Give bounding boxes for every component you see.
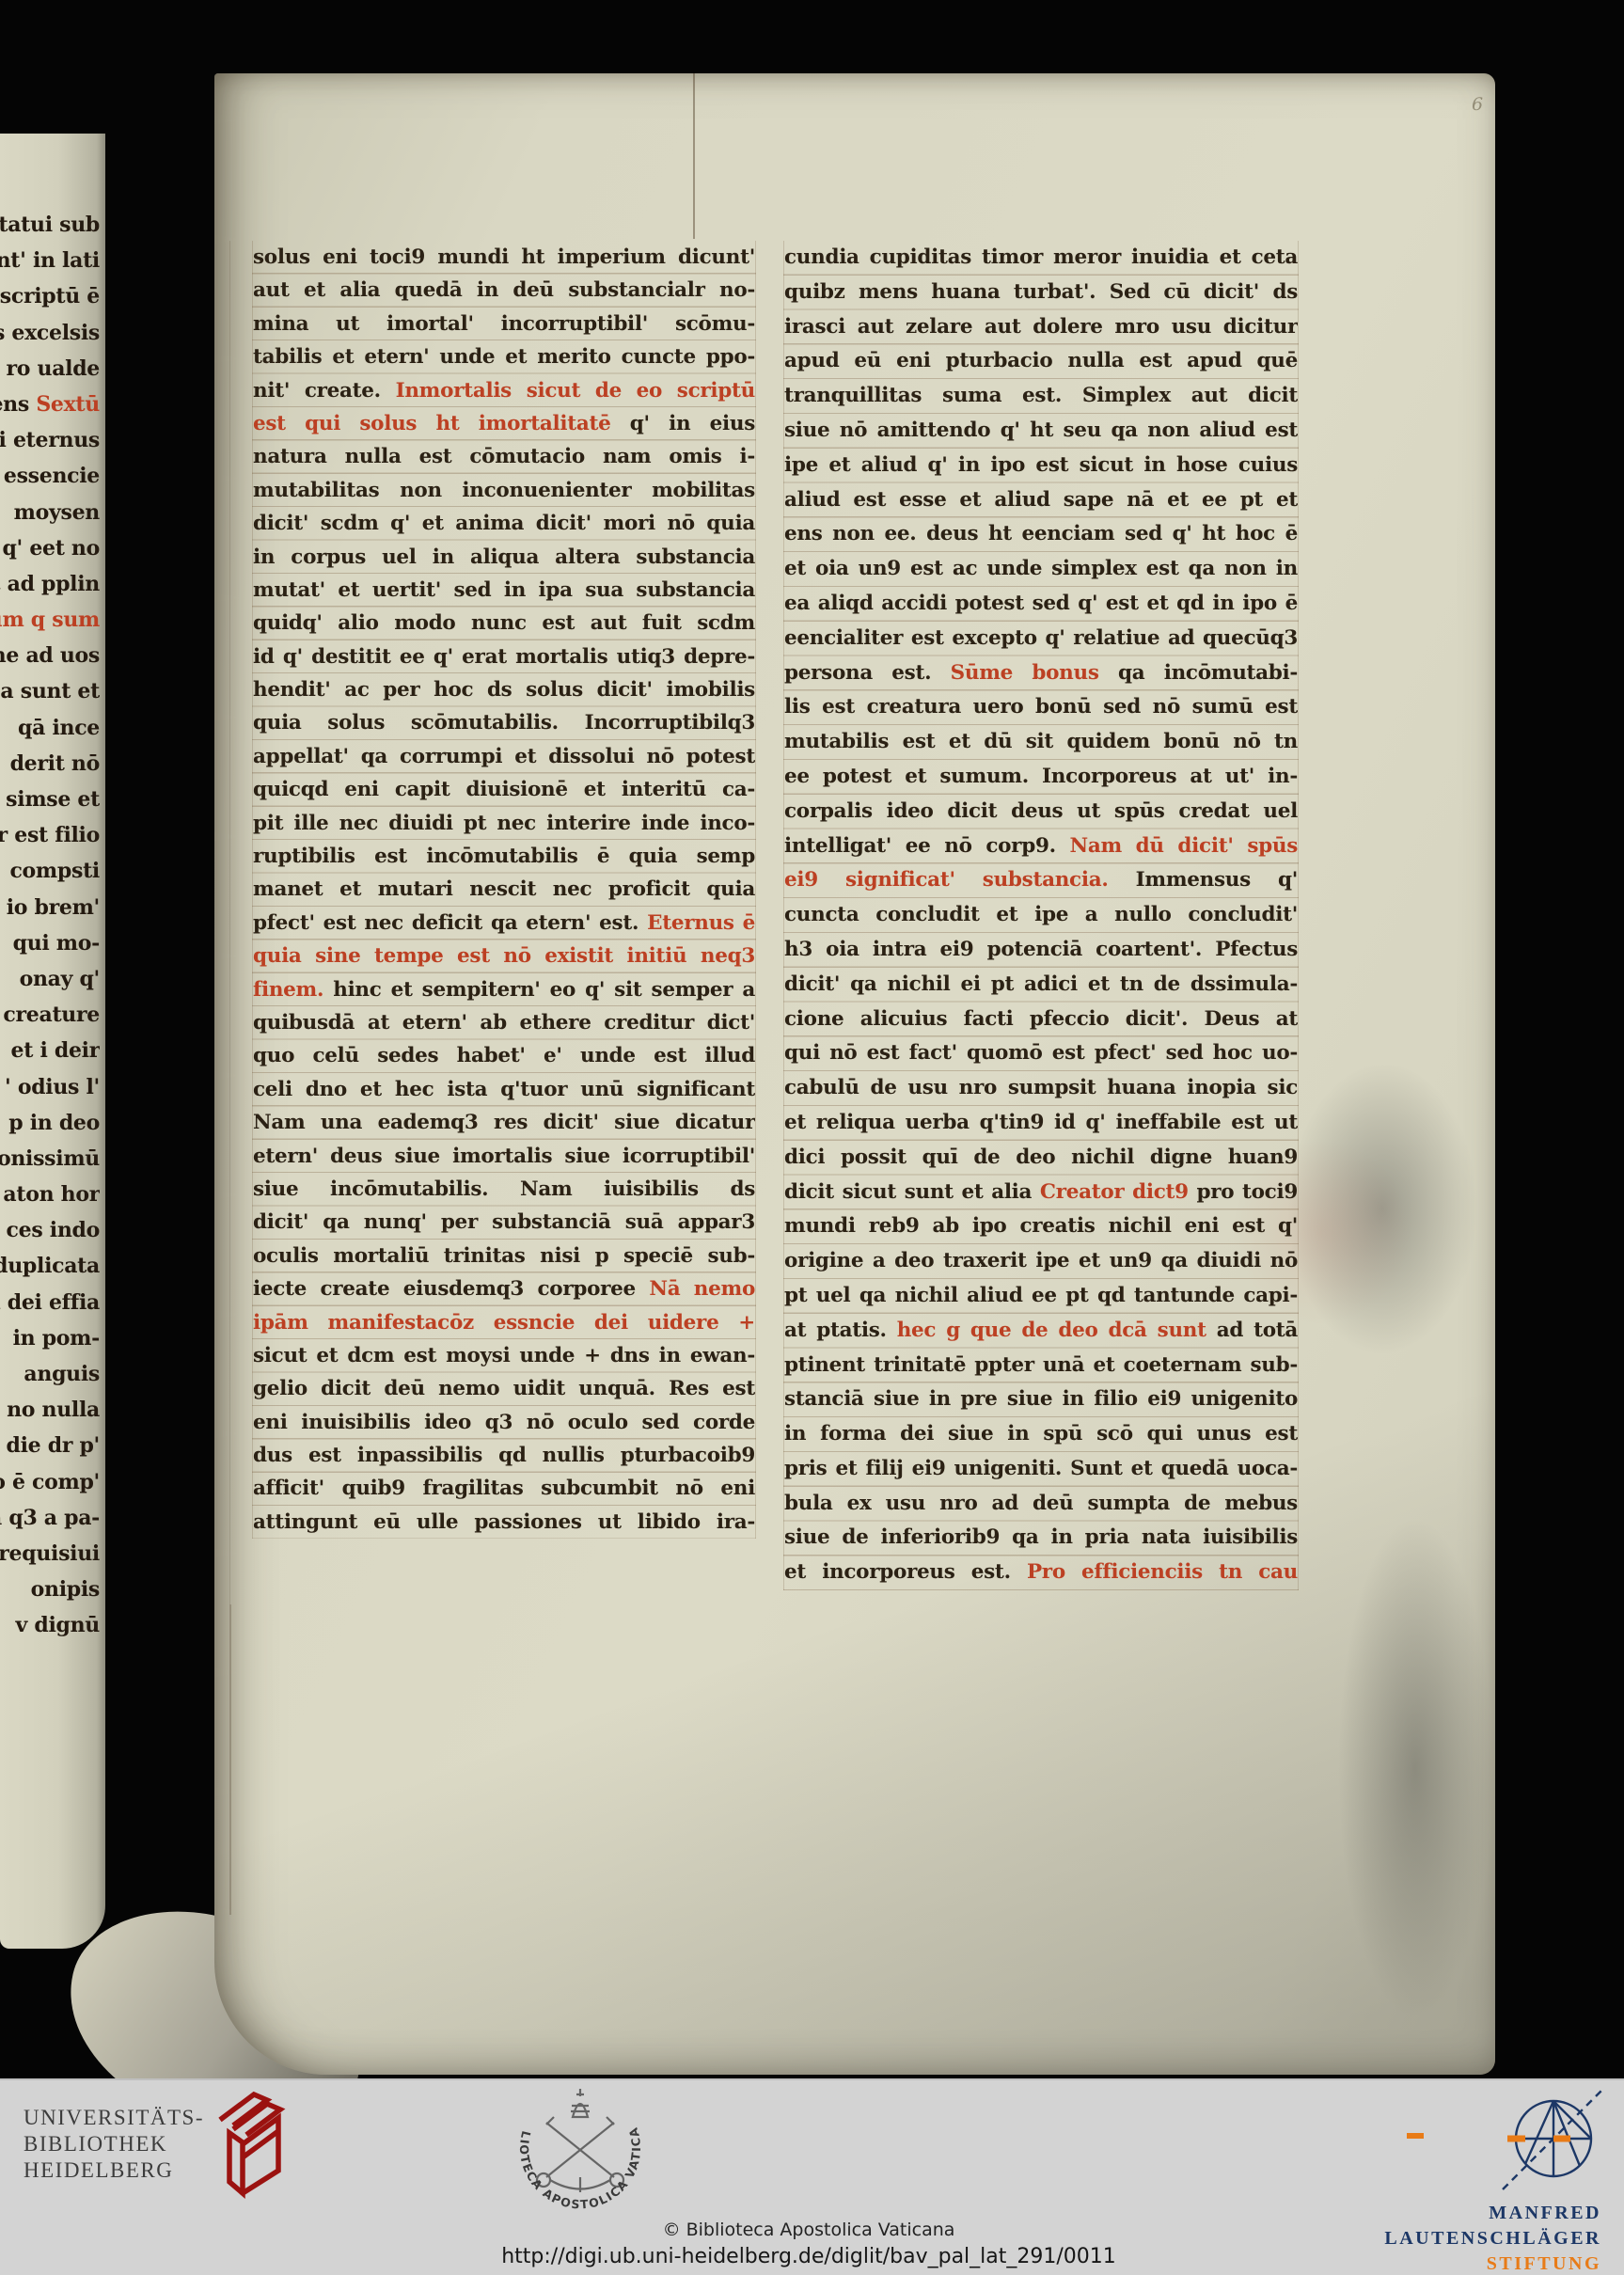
facing-page-line-fragment: in dei effia [0, 1285, 100, 1320]
manuscript-line: mundi reb9 ab ipo creatis nichil eni est… [784, 1209, 1298, 1244]
manuscript-line: intelligat' ee nō corp9. Nam dū dicit' s… [784, 829, 1298, 864]
manuscript-line: qui nō est fact' quomō est pfect' sed ho… [784, 1036, 1298, 1071]
manuscript-line: siue incōmutabilis. Nam iuisibilis ds [253, 1173, 755, 1206]
facing-page-line-fragment: onissimū [0, 1141, 100, 1177]
facing-page-line-fragment: derit nō [0, 746, 100, 782]
manuscript-line: ipām manifestacōz essncie dei uidere + u… [253, 1306, 755, 1339]
manuscript-line: pit ille nec diuidi pt nec interire inde… [253, 807, 755, 840]
manuscript-line: in forma dei siue in spū scō qui unus es… [784, 1417, 1298, 1452]
manuscript-line: tranquillitas suma est. Simplex aut dici… [784, 379, 1298, 414]
manuscript-line: mutat' et uertit' sed in ipa sua substan… [253, 574, 755, 607]
facing-page-line-fragment: ' odius l' [0, 1069, 100, 1105]
facing-page-line-fragment: a sunt et [0, 673, 100, 709]
facing-page-line-fragment: t ad pplin [0, 566, 100, 602]
manuscript-line: tabilis et etern' unde et merito cuncte … [253, 340, 755, 373]
facing-page-line-fragment: duplicata [0, 1248, 100, 1284]
facing-page-line-fragment: compsti [0, 853, 100, 889]
manuscript-line: pfect' est nec deficit qa etern' est. Et… [253, 907, 755, 940]
manuscript-line: afficit' quib9 fragilitas subcumbit nō e… [253, 1472, 755, 1505]
manuscript-line: cabulū de usu nro sumpsit huana inopia s… [784, 1071, 1298, 1106]
manuscript-line: quia sine tempe est nō existit initiū ne… [253, 940, 755, 972]
facing-page-line-fragment: v dignū [0, 1607, 100, 1643]
manuscript-line: eencialiter est excepto q' relatiue ad q… [784, 622, 1298, 656]
manuscript-line: quia solus scōmutabilis. Incorruptibilq3 [253, 706, 755, 739]
manuscript-line: iecte create eiusdemq3 corporee Nā nemo … [253, 1272, 755, 1305]
facing-page-line-fragment: me ad uos [0, 638, 100, 673]
manuscript-line: Nam una eademq3 res dicit' siue dicatur [253, 1106, 755, 1139]
facing-page-line-fragment: io brem' [0, 890, 100, 925]
manuscript-line: corpalis ideo dicit deus ut spūs credat … [784, 795, 1298, 829]
facing-page-line-fragment: no nulla [0, 1392, 100, 1428]
manuscript-line: siue de inferiorib9 qa in pria nata iuis… [784, 1521, 1298, 1556]
svg-text:BIBLIOTECA APOSTOLICA VATICANA: BIBLIOTECA APOSTOLICA VATICANA [486, 2083, 643, 2211]
manuscript-line: irasci aut zelare aut dolere mro usu dic… [784, 310, 1298, 345]
manuscript-line: et reliqua uerba q'tin9 id q' ineffabile… [784, 1106, 1298, 1141]
manuscript-line: stanciā siue in pre siue in filio ei9 un… [784, 1382, 1298, 1417]
facing-page-text-fragments: statui subnt' in latiscriptū ēs excelsis… [0, 207, 100, 1644]
facing-page-line-fragment: qui mo- [0, 925, 100, 961]
facing-page-line-fragment: ro ualde [0, 351, 100, 387]
manuscript-line: natura nulla est cōmutacio nam omis i- [253, 440, 755, 473]
manuscript-line: ee potest et sumum. Incorporeus at ut' i… [784, 760, 1298, 795]
manuscript-line: pt uel qa nichil aliud ee pt qd tantunde… [784, 1279, 1298, 1314]
manuscript-line: appellat' qa corrumpi et dissolui nō pot… [253, 740, 755, 773]
source-url-text: http://digi.ub.uni-heidelberg.de/diglit/… [376, 2245, 1241, 2268]
facing-page-line-fragment: moysen [0, 495, 100, 530]
mls-line2: LAUTENSCHLÄGER [1384, 2226, 1601, 2251]
facing-page-line-fragment: anguis [0, 1356, 100, 1392]
manuscript-line: celi dno et hec ista q'tuor unū signific… [253, 1073, 755, 1106]
manuscript-line: nit' create. Inmortalis sicut de eo scri… [253, 374, 755, 407]
facing-page-line-fragment: creature [0, 997, 100, 1033]
manuscript-line: origine a deo traxerit ipe et un9 qa diu… [784, 1244, 1298, 1279]
manuscript-line: bula ex usu nro ad deū sumpta de mebus n… [784, 1487, 1298, 1522]
manuscript-line: aliud est esse et aliud sape nā et ee pt… [784, 483, 1298, 518]
manuscript-line: finem. hinc et sempitern' eo q' sit semp… [253, 973, 755, 1006]
copyright-text: © Biblioteca Apostolica Vaticana [376, 2220, 1241, 2240]
manuscript-line: ptinent trinitatē ppter unā et coeternam… [784, 1349, 1298, 1383]
facing-page-line-fragment: q' eet no [0, 530, 100, 566]
heidelberg-line3: HEIDELBERG [24, 2157, 204, 2184]
manuscript-line: cuncta concludit et ipe a nullo concludi… [784, 898, 1298, 933]
facing-page-edge: statui subnt' in latiscriptū ēs excelsis… [0, 134, 105, 1949]
manuscript-line: dici possit quī de deo nichil digne huan… [784, 1141, 1298, 1176]
manuscript-line: ipe et aliud q' in ipo est sicut in hose… [784, 449, 1298, 483]
facing-page-line-fragment: scriptū ē [0, 278, 100, 314]
facing-page-line-fragment: ces indo [0, 1212, 100, 1248]
manuscript-line: eni inuisibilis ideo q3 nō oculo sed cor… [253, 1406, 755, 1439]
manuscript-right-column: cundia cupiditas timor meror inuidia et … [783, 241, 1299, 1590]
facing-page-line-fragment: tens Sextū [0, 387, 100, 422]
manuscript-line: at ptatis. hec g que de deo dcā sunt ad … [784, 1314, 1298, 1349]
manuscript-line: et oia un9 est ac unde simplex est qa no… [784, 552, 1298, 587]
manuscript-line: attingunt eū ulle passiones ut libido ir… [253, 1506, 755, 1539]
manuscript-line: lis est creatura uero bonū sed nō sumū e… [784, 690, 1298, 725]
facing-page-line-fragment: p in deo [0, 1105, 100, 1141]
manuscript-line: in corpus uel in aliqua altera substanci… [253, 541, 755, 574]
facing-page-line-fragment: essencie [0, 458, 100, 494]
manuscript-line: oculis mortaliū trinitas nisi p speciē s… [253, 1240, 755, 1272]
manuscript-line: ruptibilis est incōmutabilis ē quia semp [253, 840, 755, 873]
manuscript-line: mutabilis est et dū sit quidem bonū nō t… [784, 725, 1298, 760]
manuscript-line: et incorporeus est. Pro efficienciis tn … [784, 1556, 1298, 1590]
manuscript-line: hendit' ac per hoc ds solus dicit' imobi… [253, 673, 755, 706]
facing-page-line-fragment: s excelsis [0, 315, 100, 351]
facing-page-line-fragment: ter est filio [0, 817, 100, 853]
manuscript-line: gelio dicit deū nemo uidit unquā. Res es… [253, 1372, 755, 1405]
manuscript-line: persona est. Sūme bonus qa incōmutabi- [784, 656, 1298, 691]
facing-page-line-fragment: die dr p' [0, 1428, 100, 1463]
facing-page-line-fragment: statui sub [0, 207, 100, 243]
heidelberg-line2: BIBLIOTHEK [24, 2131, 204, 2157]
manuscript-line: cione alicuius facti pfeccio dicit'. Deu… [784, 1003, 1298, 1037]
manuscript-line: est qui solus ht imortalitatē q' in eius [253, 407, 755, 440]
facing-page-line-fragment: onay q' [0, 961, 100, 997]
manuscript-line: dicit' qa nunq' per substanciā suā appar… [253, 1206, 755, 1239]
footer-bar: UNIVERSITÄTS- BIBLIOTHEK HEIDELBERG [0, 2078, 1624, 2275]
facing-page-line-fragment: a q3 a pa- [0, 1500, 100, 1536]
manuscript-line: siue nō amittendo q' ht seu qa non aliud… [784, 414, 1298, 449]
orange-dash-icon [1407, 2133, 1424, 2139]
manuscript-line: apud eū eni pturbacio nulla est apud quē [784, 344, 1298, 379]
facing-page-line-fragment: ti eternus [0, 422, 100, 458]
manuscript-line: quibz mens huana turbat'. Sed cū dicit' … [784, 276, 1298, 310]
manuscript-line: manet et mutari nescit nec proficit quia [253, 873, 755, 906]
digitized-manuscript-scan: statui subnt' in latiscriptū ēs excelsis… [0, 0, 1624, 2275]
facing-page-line-fragment: et i deir [0, 1033, 100, 1068]
manuscript-line: pris et filij ei9 unigeniti. Sunt et que… [784, 1452, 1298, 1487]
mls-logo-text: MANFRED LAUTENSCHLÄGER STIFTUNG [1384, 2201, 1601, 2275]
mls-emblem-icon [1467, 2084, 1608, 2203]
facing-page-line-fragment: requisiui [0, 1536, 100, 1572]
manuscript-line: ei9 significat' substancia. Immensus q' [784, 863, 1298, 898]
facing-page-line-fragment: aton hor [0, 1177, 100, 1212]
manuscript-line: mina ut imortal' incorruptibil' scōmu- [253, 308, 755, 340]
manuscript-line: quidq' alio modo nunc est aut fuit scdm [253, 607, 755, 640]
ruling-line-left-margin [229, 241, 230, 1604]
facing-page-line-fragment: qā ince [0, 710, 100, 746]
manuscript-line: etern' deus siue imortalis siue icorrupt… [253, 1140, 755, 1173]
manuscript-line: solus eni toci9 mundi ht imperium dicunt… [253, 241, 755, 274]
facing-page-line-fragment: onipis [0, 1572, 100, 1607]
manuscript-line: dicit' scdm q' et anima dicit' mori nō q… [253, 507, 755, 540]
folio-number: 6 [1472, 94, 1483, 115]
manuscript-line: dicit' qa nichil ei pt adici et tn de ds… [784, 968, 1298, 1003]
manuscript-line: aut et alia quedā in deū substancialr no… [253, 274, 755, 307]
manuscript-left-column: solus eni toci9 mundi ht imperium dicunt… [252, 241, 756, 1539]
manuscript-line: h3 oia intra ei9 potenciā coartent'. Pfe… [784, 933, 1298, 968]
manuscript-line: ea aliqd accidi potest sed q' est et qd … [784, 587, 1298, 622]
heidelberg-library-logo-text: UNIVERSITÄTS- BIBLIOTHEK HEIDELBERG [24, 2105, 204, 2184]
manuscript-line: dus est inpassibilis qd nullis pturbacoi… [253, 1439, 755, 1472]
heidelberg-line1: UNIVERSITÄTS- [24, 2105, 204, 2131]
mls-line1: MANFRED [1384, 2201, 1601, 2226]
mls-line3: STIFTUNG [1384, 2251, 1601, 2275]
manuscript-line: mutabilitas non inconuenienter mobilitas [253, 474, 755, 507]
ruling-line-vertical-bottom [229, 1604, 231, 1915]
facing-page-line-fragment: nt' in lati [0, 243, 100, 278]
ruling-line-vertical-top [693, 73, 695, 239]
manuscript-line: quo celū sedes habet' e' unde est illud … [253, 1039, 755, 1072]
manuscript-line: ens non ee. deus ht eenciam sed q' ht ho… [784, 517, 1298, 552]
manuscript-line: dicit sicut sunt et alia Creator dict9 p… [784, 1176, 1298, 1210]
open-book-icon [209, 2088, 295, 2201]
facing-page-line-fragment: io ē comp' [0, 1464, 100, 1500]
manuscript-line: sicut et dcm est moysi unde + dns in ewa… [253, 1339, 755, 1372]
facing-page-line-fragment: sum q sum [0, 602, 100, 638]
facing-page-line-fragment: simse et [0, 782, 100, 817]
manuscript-line: cundia cupiditas timor meror inuidia et … [784, 241, 1298, 276]
manuscript-line: quibusdā at etern' ab ethere creditur di… [253, 1006, 755, 1039]
manuscript-line: id q' destitit ee q' erat mortalis utiq3… [253, 640, 755, 673]
facing-page-line-fragment: in pom- [0, 1320, 100, 1356]
manuscript-line: quicqd eni capit diuisionē et interitū c… [253, 773, 755, 806]
vatican-seal-icon: BIBLIOTECA APOSTOLICA VATICANA [486, 2083, 674, 2224]
